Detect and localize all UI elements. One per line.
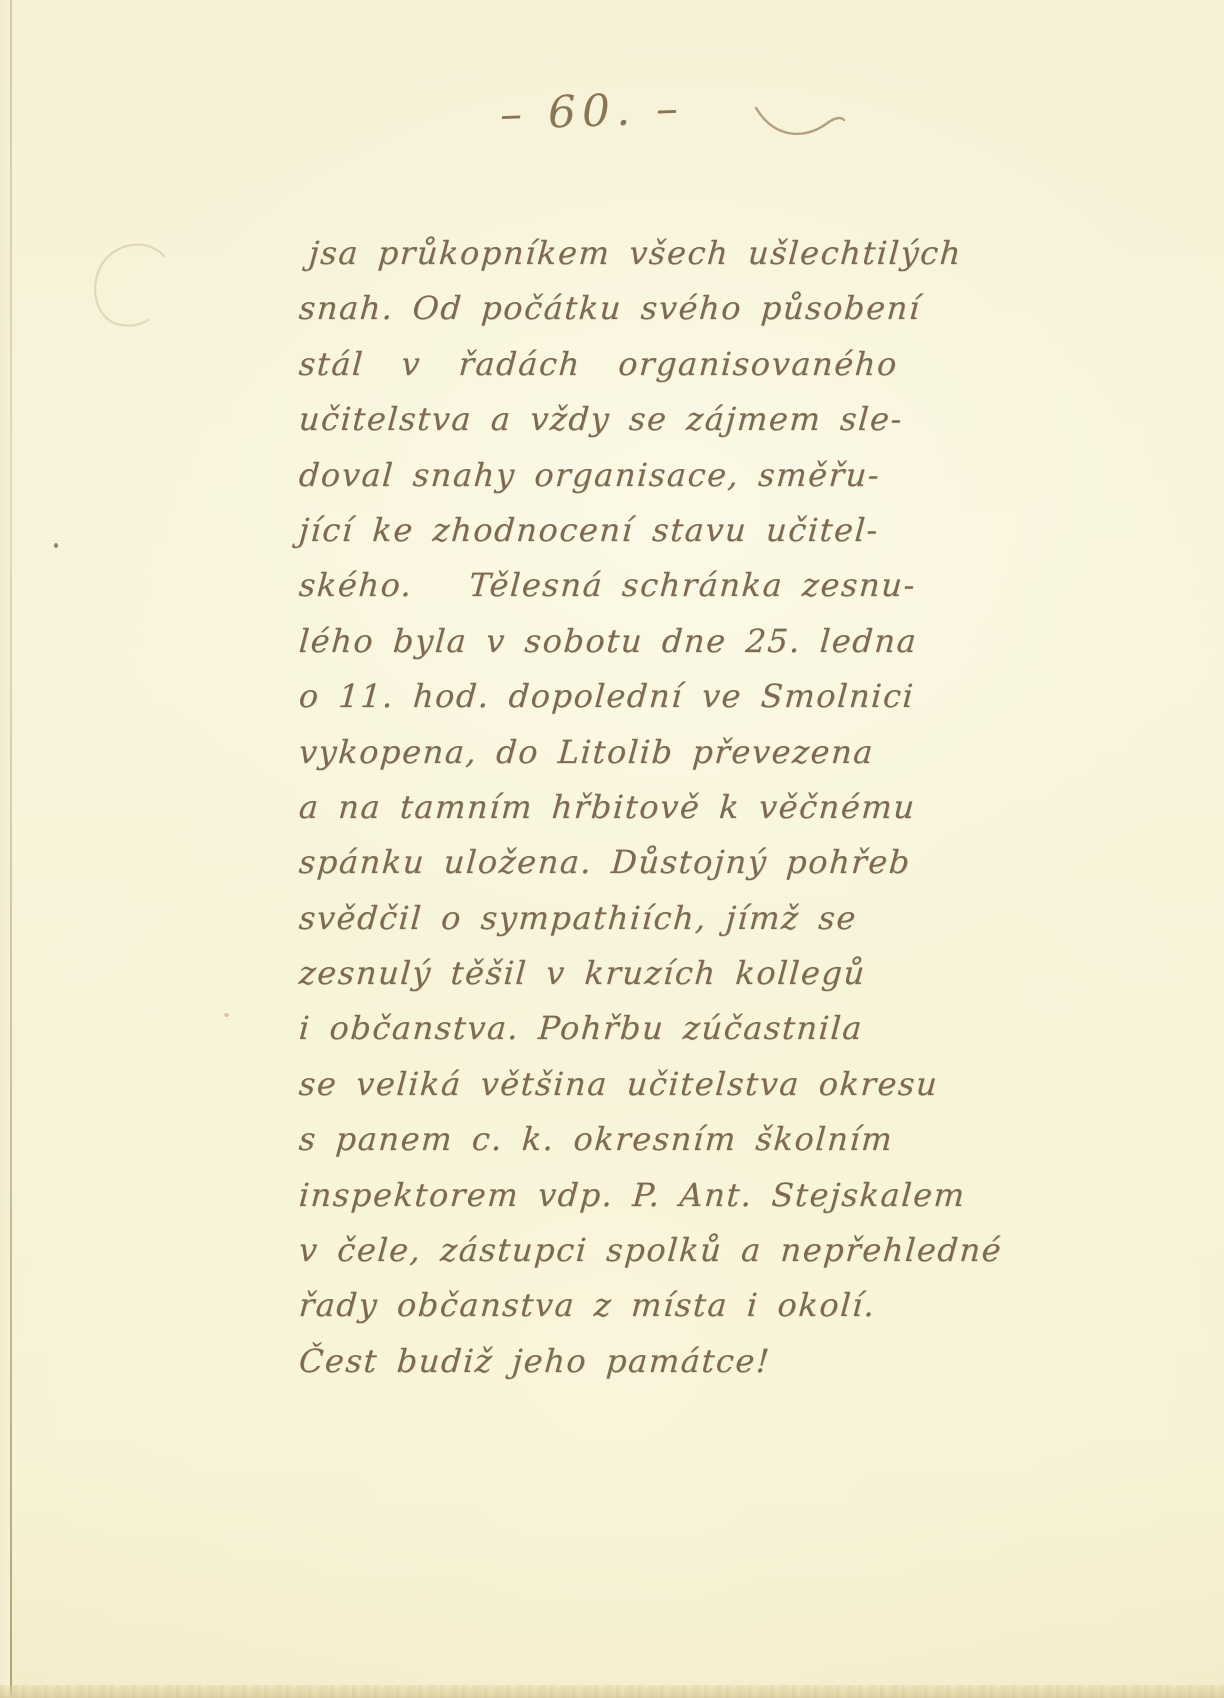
manuscript-line: o 11. hod. dopolední ve Smolnici [297, 669, 1111, 724]
manuscript-line: snah. Od počátku svého působení [297, 281, 1111, 336]
page-number: – 60. – [499, 83, 685, 140]
manuscript-line: spánku uložena. Důstojný pohřeb [297, 835, 1111, 890]
manuscript-line: inspektorem vdp. P. Ant. Stejskalem [297, 1168, 1111, 1223]
manuscript-line: lého byla v sobotu dne 25. ledna [297, 614, 1111, 669]
manuscript-line: i občanstva. Pohřbu zúčastnila [297, 1001, 1111, 1056]
manuscript-page: – 60. – jsa průkopníkem všech ušlechtilý… [0, 0, 1224, 1698]
manuscript-line: a na tamním hřbitově k věčnému [297, 780, 1111, 835]
manuscript-line: Čest budiž jeho památce! [297, 1334, 1111, 1389]
manuscript-line: s panem c. k. okresním školním [297, 1112, 1111, 1167]
manuscript-line: zesnulý těšil v kruzích kollegů [297, 946, 1111, 1001]
manuscript-text-block: jsa průkopníkem všech ušlechtilých snah.… [297, 226, 1107, 1389]
manuscript-line: řady občanstva z místa i okolí. [297, 1278, 1111, 1333]
page-binding-line [10, 0, 12, 1698]
manuscript-line: jsa průkopníkem všech ušlechtilých [297, 226, 1111, 281]
manuscript-line: stál v řadách organisovaného [297, 337, 1111, 392]
manuscript-line: učitelstva a vždy se zájmem sle- [297, 392, 1111, 447]
manuscript-line: doval snahy organisace, směřu- [297, 448, 1111, 503]
manuscript-line: vykopena, do Litolib převezena [297, 725, 1111, 780]
ink-flourish-mark [752, 98, 848, 148]
manuscript-line: jící ke zhodnocení stavu učitel- [297, 503, 1111, 558]
manuscript-line: se veliká většina učitelstva okresu [297, 1057, 1111, 1112]
embossed-circle-mark [86, 234, 178, 330]
ink-speck [54, 543, 58, 548]
manuscript-line: v čele, zástupci spolků a nepřehledné [297, 1223, 1111, 1278]
page-left-edge [0, 0, 10, 1698]
page-bottom-edge [0, 1685, 1224, 1698]
manuscript-line: ského. Tělesná schránka zesnu- [297, 558, 1111, 613]
paper-speck [224, 1013, 229, 1017]
manuscript-line: svědčil o sympathiích, jímž se [297, 891, 1111, 946]
